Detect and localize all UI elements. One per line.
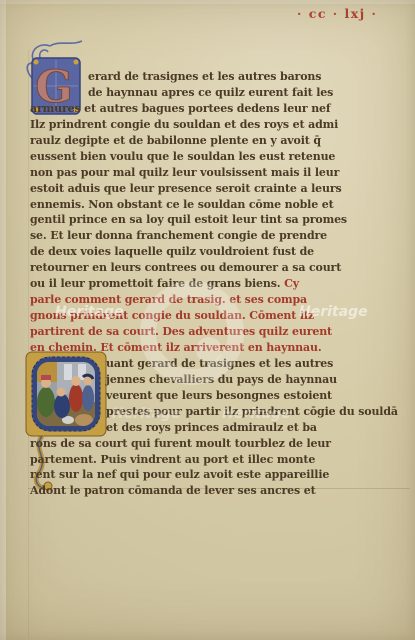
text-line: et des roys princes admiraulz et ba bbox=[106, 420, 415, 436]
rubric-line: parle comment gerard de trasig. et ses c… bbox=[30, 292, 415, 308]
text-line: armures et autres bagues portees dedens … bbox=[30, 101, 415, 117]
text-line: prestes pour partir ilz prindrent cōgie … bbox=[106, 404, 415, 420]
text-line: uant gerard de trasignes et les autres bbox=[106, 356, 415, 372]
text-line: ennemis. Non obstant ce le souldan cōme … bbox=[30, 197, 415, 213]
text-line: erard de trasignes et les autres barons bbox=[88, 69, 415, 85]
rubric-line: partirent de sa court. Des adventures qu… bbox=[30, 324, 415, 340]
text-line: eussent bien voulu que le souldan les eu… bbox=[30, 149, 415, 165]
text-line: Ilz prindrent congie du souldan et des r… bbox=[30, 117, 415, 133]
page-edge-top bbox=[0, 0, 415, 4]
text-line: rons de sa court qui furent moult tourbl… bbox=[30, 436, 415, 452]
text-line: ou il leur promettoit faire de grans bie… bbox=[30, 276, 415, 292]
text-line: de haynnau apres ce quilz eurent fait le… bbox=[88, 85, 415, 101]
folio-number: · cc · lxj · bbox=[297, 6, 377, 21]
text-line-part: ou il leur promettoit faire de grans bie… bbox=[30, 277, 280, 290]
gold-corner bbox=[74, 60, 79, 65]
text-line: retourner en leurs contrees ou demourer … bbox=[30, 260, 415, 276]
text-line: estoit aduis que leur presence seroit cr… bbox=[30, 181, 415, 197]
text-line: se. Et leur donna franchement congie de … bbox=[30, 228, 415, 244]
text-block: erard de trasignes et les autres barons … bbox=[0, 69, 415, 499]
rubric-line: en chemin. Et cōment ilz arriverent en h… bbox=[30, 340, 415, 356]
rubric-cue: Cy bbox=[280, 277, 299, 290]
text-line: non pas pour mal quilz leur voulsissent … bbox=[30, 165, 415, 181]
manuscript-page: · cc · lxj · G bbox=[0, 0, 415, 640]
text-line: partement. Puis vindrent au port et ille… bbox=[30, 452, 415, 468]
text-line: veurent que leurs besongnes estoient bbox=[106, 388, 415, 404]
text-line: de deux voies laquelle quilz vouldroient… bbox=[30, 244, 415, 260]
text-line: Adont le patron cōmanda de lever ses anc… bbox=[30, 483, 415, 499]
text-line: jennes chevalliers du pays de haynnau bbox=[106, 372, 415, 388]
text-line: rent sur la nef qui pour eulz avoit este… bbox=[30, 467, 415, 483]
text-line: raulz degipte et de babilonne plente en … bbox=[30, 133, 415, 149]
text-line: gentil prince en sa loy quil estoit leur… bbox=[30, 212, 415, 228]
rubric-line: gnons prindrent congie du souldan. Cōmen… bbox=[30, 308, 415, 324]
